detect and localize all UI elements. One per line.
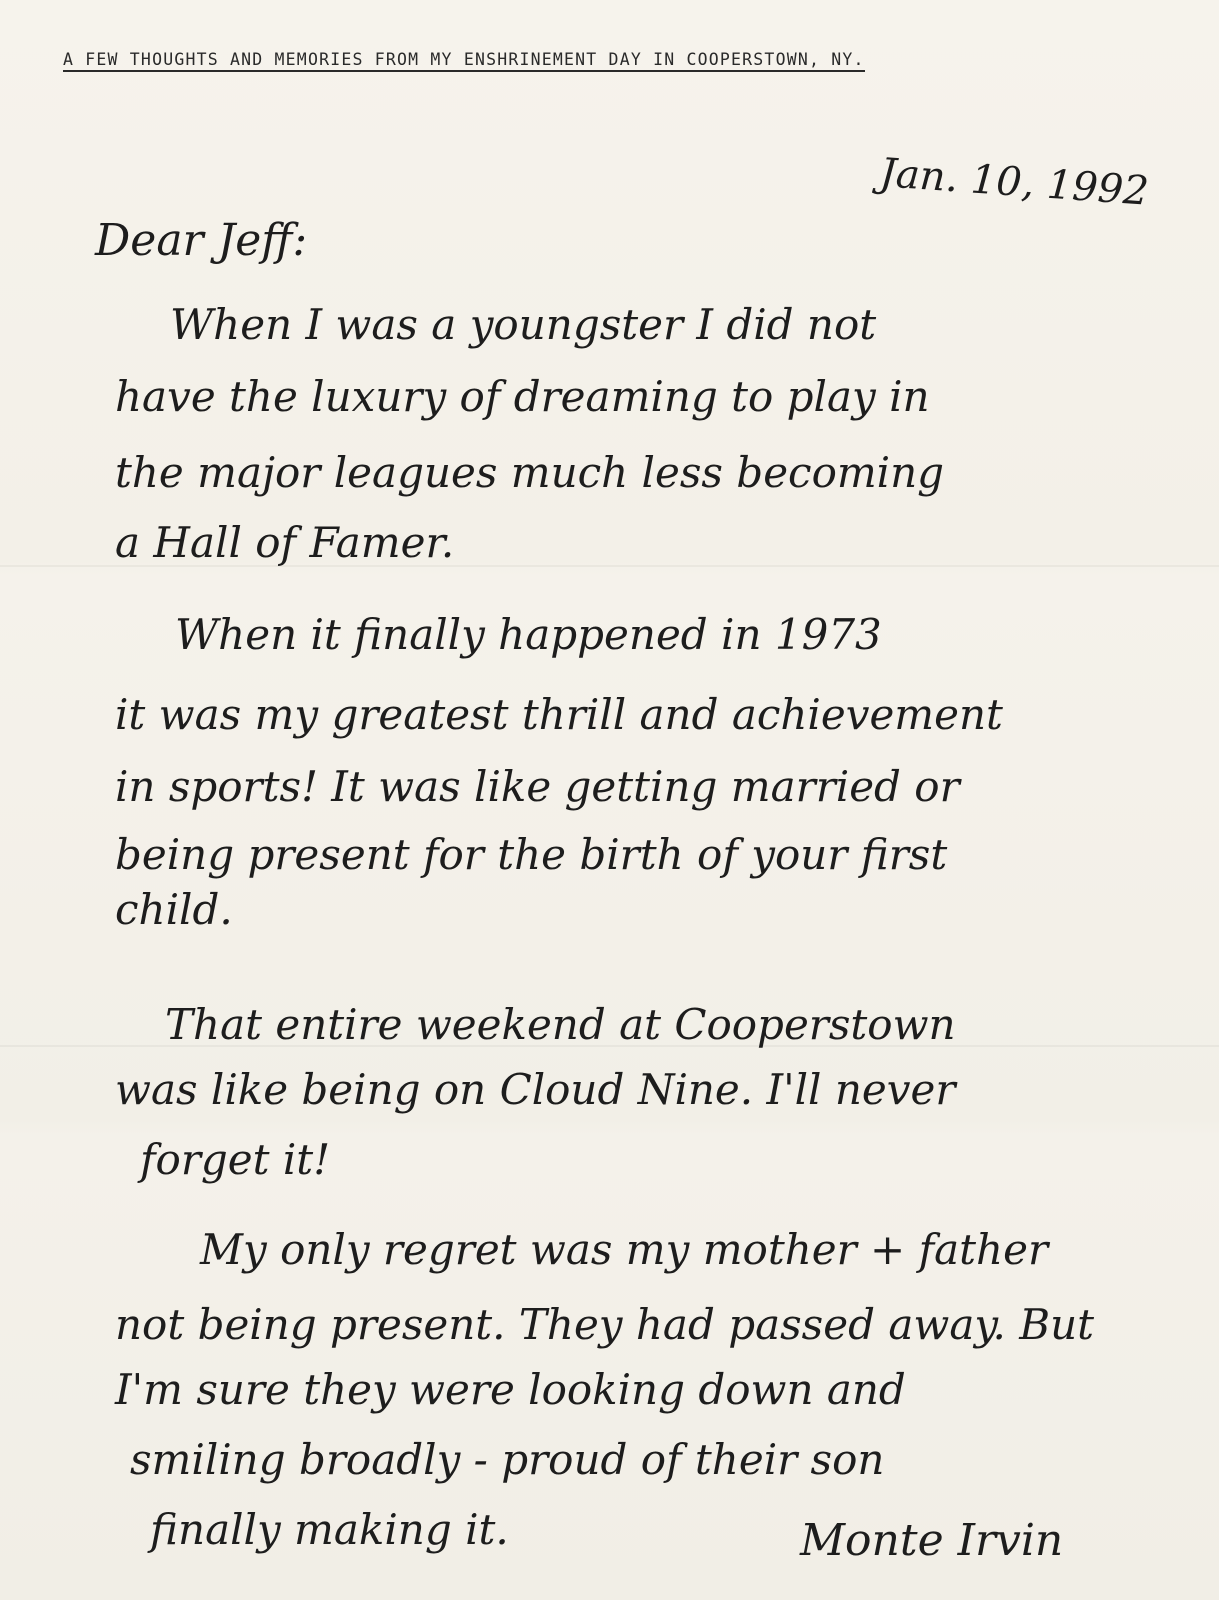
body-line: finally making it. [150, 1505, 509, 1554]
letter-page: A FEW THOUGHTS AND MEMORIES FROM MY ENSH… [0, 0, 1219, 1600]
body-line: My only regret was my mother + father [200, 1225, 1048, 1274]
body-line: child. [115, 885, 233, 934]
signature: Monte Irvin [800, 1515, 1063, 1566]
body-line: the major leagues much less becoming [115, 448, 944, 497]
letterhead-heading: A FEW THOUGHTS AND MEMORIES FROM MY ENSH… [63, 50, 865, 72]
body-line: being present for the birth of your firs… [115, 830, 947, 879]
body-line: That entire weekend at Cooperstown [165, 1000, 956, 1049]
body-line: was like being on Cloud Nine. I'll never [115, 1065, 955, 1114]
body-line: not being present. They had passed away.… [115, 1300, 1094, 1349]
salutation: Dear Jeff: [95, 215, 307, 266]
body-line: have the luxury of dreaming to play in [115, 372, 930, 421]
body-line: a Hall of Famer. [115, 518, 454, 567]
body-line: When it finally happened in 1973 [175, 610, 882, 659]
letter-date: Jan. 10, 1992 [878, 150, 1150, 215]
body-line: forget it! [140, 1135, 330, 1184]
body-line: When I was a youngster I did not [170, 300, 876, 349]
body-line: I'm sure they were looking down and [115, 1365, 906, 1414]
body-line: in sports! It was like getting married o… [115, 762, 960, 811]
body-line: it was my greatest thrill and achievemen… [115, 690, 1003, 739]
body-line: smiling broadly - proud of their son [130, 1435, 884, 1484]
